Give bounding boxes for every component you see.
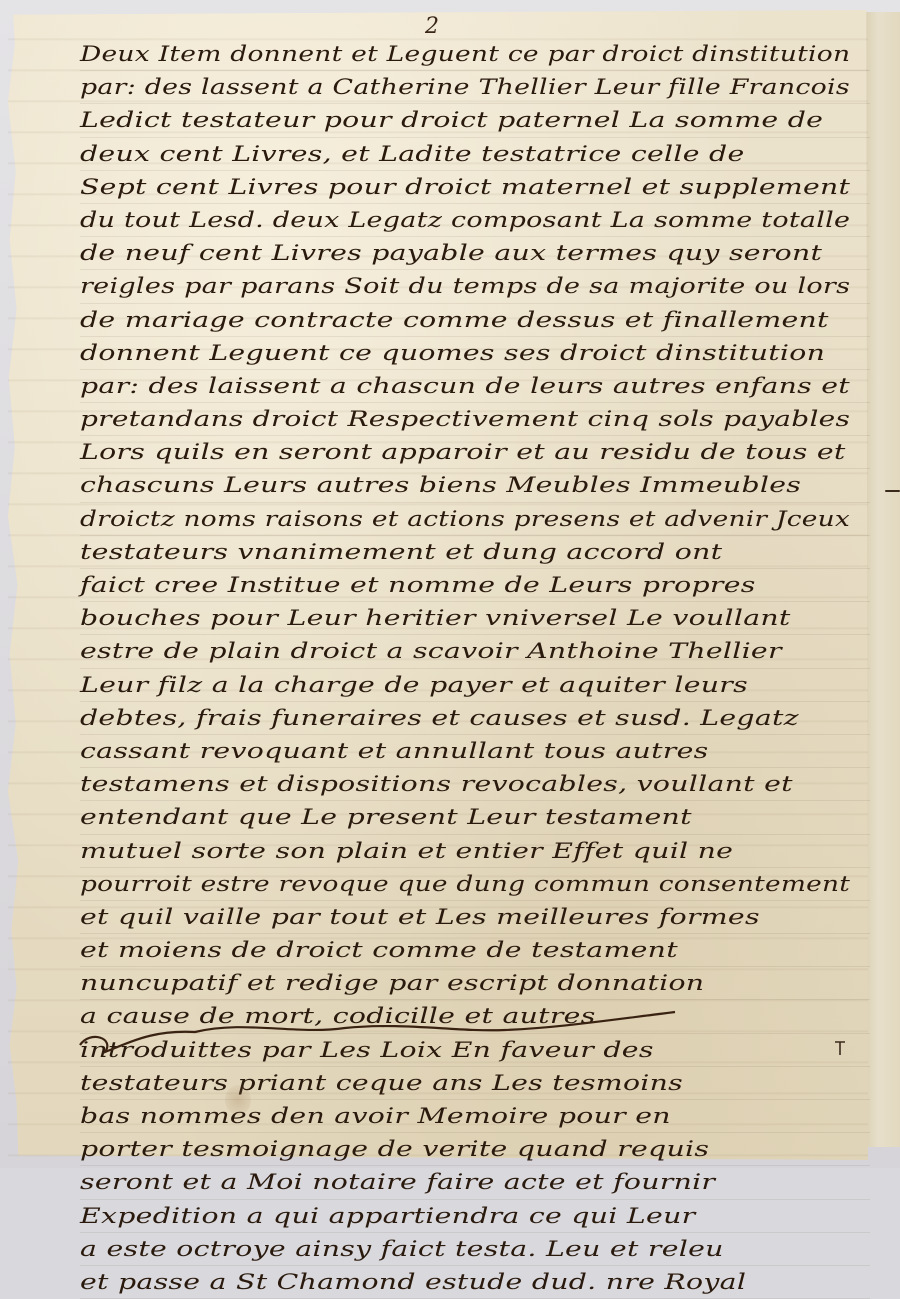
text-line: Ledict testateur pour droict paternel La… (80, 104, 870, 137)
text-line: Sept cent Livres pour droict maternel et… (80, 171, 870, 204)
text-line: cassant revoquant et annullant tous autr… (80, 735, 870, 768)
text-line: Lors quils en seront apparoir et au resi… (80, 436, 870, 469)
text-line: porter tesmoignage de verite quand requi… (80, 1133, 870, 1166)
text-line: Leur filz a la charge de payer et aquite… (80, 669, 870, 702)
text-line: nuncupatif et redige par escript donnati… (80, 967, 870, 1000)
text-line: droictz noms raisons et actions presens … (80, 503, 870, 536)
text-line: et moiens de droict comme de testament (80, 934, 870, 967)
text-line: du tout Lesd. deux Legatz composant La s… (80, 204, 870, 237)
text-line: donnent Leguent ce quomes ses droict din… (80, 337, 870, 370)
text-line: de mariage contracte comme dessus et fin… (80, 304, 870, 337)
text-line: et quil vaille par tout et Les meilleure… (80, 901, 870, 934)
text-line: par: des laissent a chascun de leurs aut… (80, 370, 870, 403)
text-line: chascuns Leurs autres biens Meubles Imme… (80, 469, 870, 502)
text-line: pretandans droict Respectivement cinq so… (80, 403, 870, 436)
page-number: 2 (425, 14, 439, 39)
text-line: de neuf cent Livres payable aux termes q… (80, 237, 870, 270)
text-line: bouches pour Leur heritier vniversel Le … (80, 602, 870, 635)
text-line: deux cent Livres, et Ladite testatrice c… (80, 138, 870, 171)
text-line: pourroit estre revoque que dung commun c… (80, 868, 870, 901)
text-line: testateurs vnanimement et dung accord on… (80, 536, 870, 569)
paper-stain (225, 1085, 251, 1115)
closing-flourish (75, 1010, 695, 1060)
text-line: testamens et dispositions revocables, vo… (80, 768, 870, 801)
text-line: testateurs priant ceque ans Les tesmoins (80, 1067, 870, 1100)
text-line: entendant que Le present Leur testament (80, 801, 870, 834)
text-line: mutuel sorte son plain et entier Effet q… (80, 835, 870, 868)
ink-mark (885, 490, 900, 492)
text-line: debtes, frais funeraires et causes et su… (80, 702, 870, 735)
text-line: reigles par parans Soit du temps de sa m… (80, 270, 870, 303)
text-line: estre de plain droict a scavoir Anthoine… (80, 635, 870, 668)
text-line: par: des lassent a Catherine Thellier Le… (80, 71, 870, 104)
text-line: bas nommes den avoir Memoire pour en (80, 1100, 870, 1133)
ink-tick-mark (834, 1040, 846, 1056)
text-line: Deux Item donnent et Leguent ce par droi… (80, 38, 870, 71)
manuscript-text: Deux Item donnent et Leguent ce par droi… (80, 38, 870, 1168)
text-line: faict cree Institue et nomme de Leurs pr… (80, 569, 870, 602)
